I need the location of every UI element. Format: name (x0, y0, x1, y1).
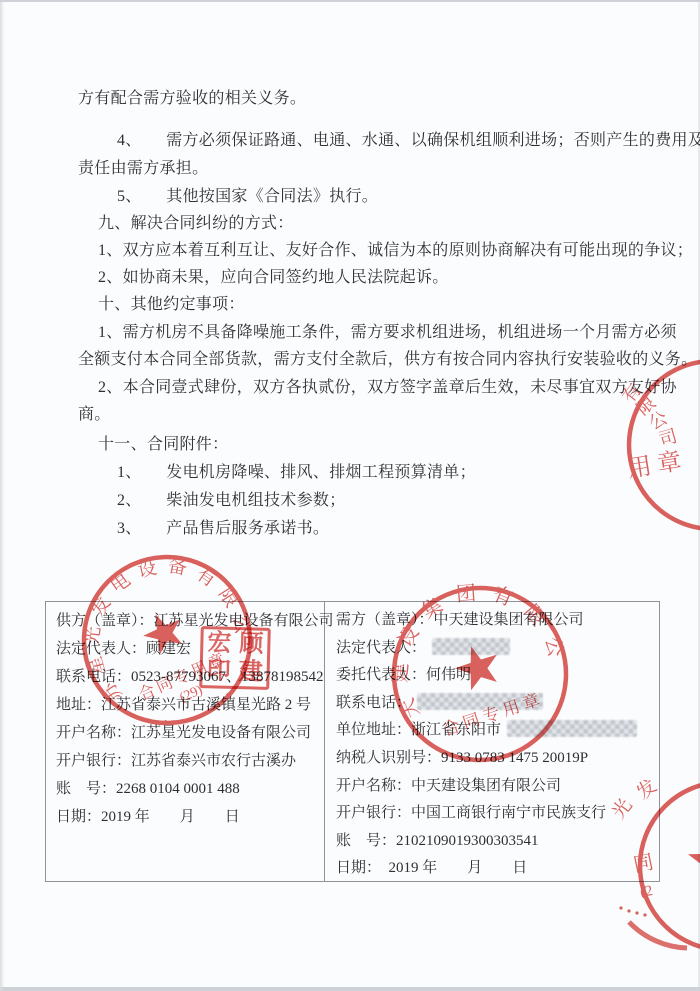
edge-seal-code-dots (619, 906, 646, 916)
name-seal-char: 印 (202, 657, 235, 686)
contract-line: 商。 (78, 404, 111, 426)
contract-line: 5、 其他按国家《合同法》执行。 (117, 186, 378, 208)
edge-seal-bottom-right: 光 发 同 (2 (613, 772, 700, 967)
star-icon (688, 828, 700, 896)
name-seal-char: 宏 (203, 629, 236, 658)
table-divider (324, 602, 325, 881)
contract-line: 方有配合需方验收的相关义务。 (78, 88, 306, 110)
attachment-item: 2、 柴油发电机组技术参数； (117, 490, 346, 512)
contract-line: 2、本合同壹式肆份，双方各执贰份，双方签字盖章后生效，未尽事宜双方友好协 (98, 377, 677, 399)
contract-section-heading: 十、其他约定事项： (98, 294, 245, 316)
contract-line: 1、双方应本着互利互让、友好合作、诚信为本的原则协商解决有可能出现的争议； (98, 240, 693, 262)
buyer-bank-row: 开户银行：中国工商银行南宁市民族支行 (336, 800, 656, 828)
buyer-account-no-row: 账 号：2102109019300303541 (336, 828, 656, 856)
buyer-company-seal: 中天建设集团有限公司 合同专用章 (382, 576, 578, 772)
edge-seal-type-char: 同 (631, 851, 655, 877)
contract-line: 全额支付本合同全部货款，需方支付全款后，供方有按合同内容执行安装验收的义务。 (78, 349, 697, 371)
contract-line: 1、需方机房不具备降噪施工条件，需方要求机组进场，机组进场一个月需方必须 (98, 322, 677, 344)
supplier-bank-row: 开户银行：江苏省泰兴市农行古溪办 (56, 747, 321, 775)
edge-seal-top-right: 有 限 公 司 用章 (615, 352, 700, 542)
edge-seal-type-text: 用章 (626, 447, 689, 483)
contract-line: 2、如协商未果，应向合同签约地人民法院起诉。 (98, 267, 449, 289)
buyer-account-name-row: 开户名称：中天建设集团有限公司 (336, 773, 656, 801)
supplier-date-row: 日期：2019 年 月 日 (56, 803, 321, 831)
edge-seal-char: 发 (633, 775, 662, 804)
supplier-account-no-row: 账 号：2268 0104 0001 488 (56, 775, 321, 803)
contract-line: 4、 需方必须保证路通、电通、水通、以确保机组顺利进场；否则产生的费用及 (117, 130, 700, 152)
buyer-date-row: 日期： 2019 年 月 日 (336, 855, 656, 883)
contract-section-heading: 九、解决合同纠纷的方式： (98, 213, 294, 235)
attachment-item: 3、 产品售后服务承诺书。 (117, 518, 329, 540)
edge-seal-number-part: (2 (639, 883, 654, 901)
contract-page: 方有配合需方验收的相关义务。 4、 需方必须保证路通、电通、水通、以确保机组顺利… (0, 0, 700, 991)
name-seal-char: 建 (234, 658, 267, 687)
star-icon (137, 606, 189, 657)
name-seal-char: 顾 (235, 630, 268, 659)
edge-seal-char: 司 (657, 426, 680, 450)
star-icon (450, 640, 505, 693)
contract-section-heading: 十一、合同附件： (98, 434, 228, 456)
legal-rep-name-seal: 宏 顾 印 建 (199, 626, 271, 690)
attachment-item: 1、 发电机房降噪、排风、排烟工程预算清单； (117, 462, 476, 484)
buyer-seal-type-text: 合同专用章 (440, 688, 546, 739)
contract-line: 责任由需方承担。 (78, 158, 208, 180)
